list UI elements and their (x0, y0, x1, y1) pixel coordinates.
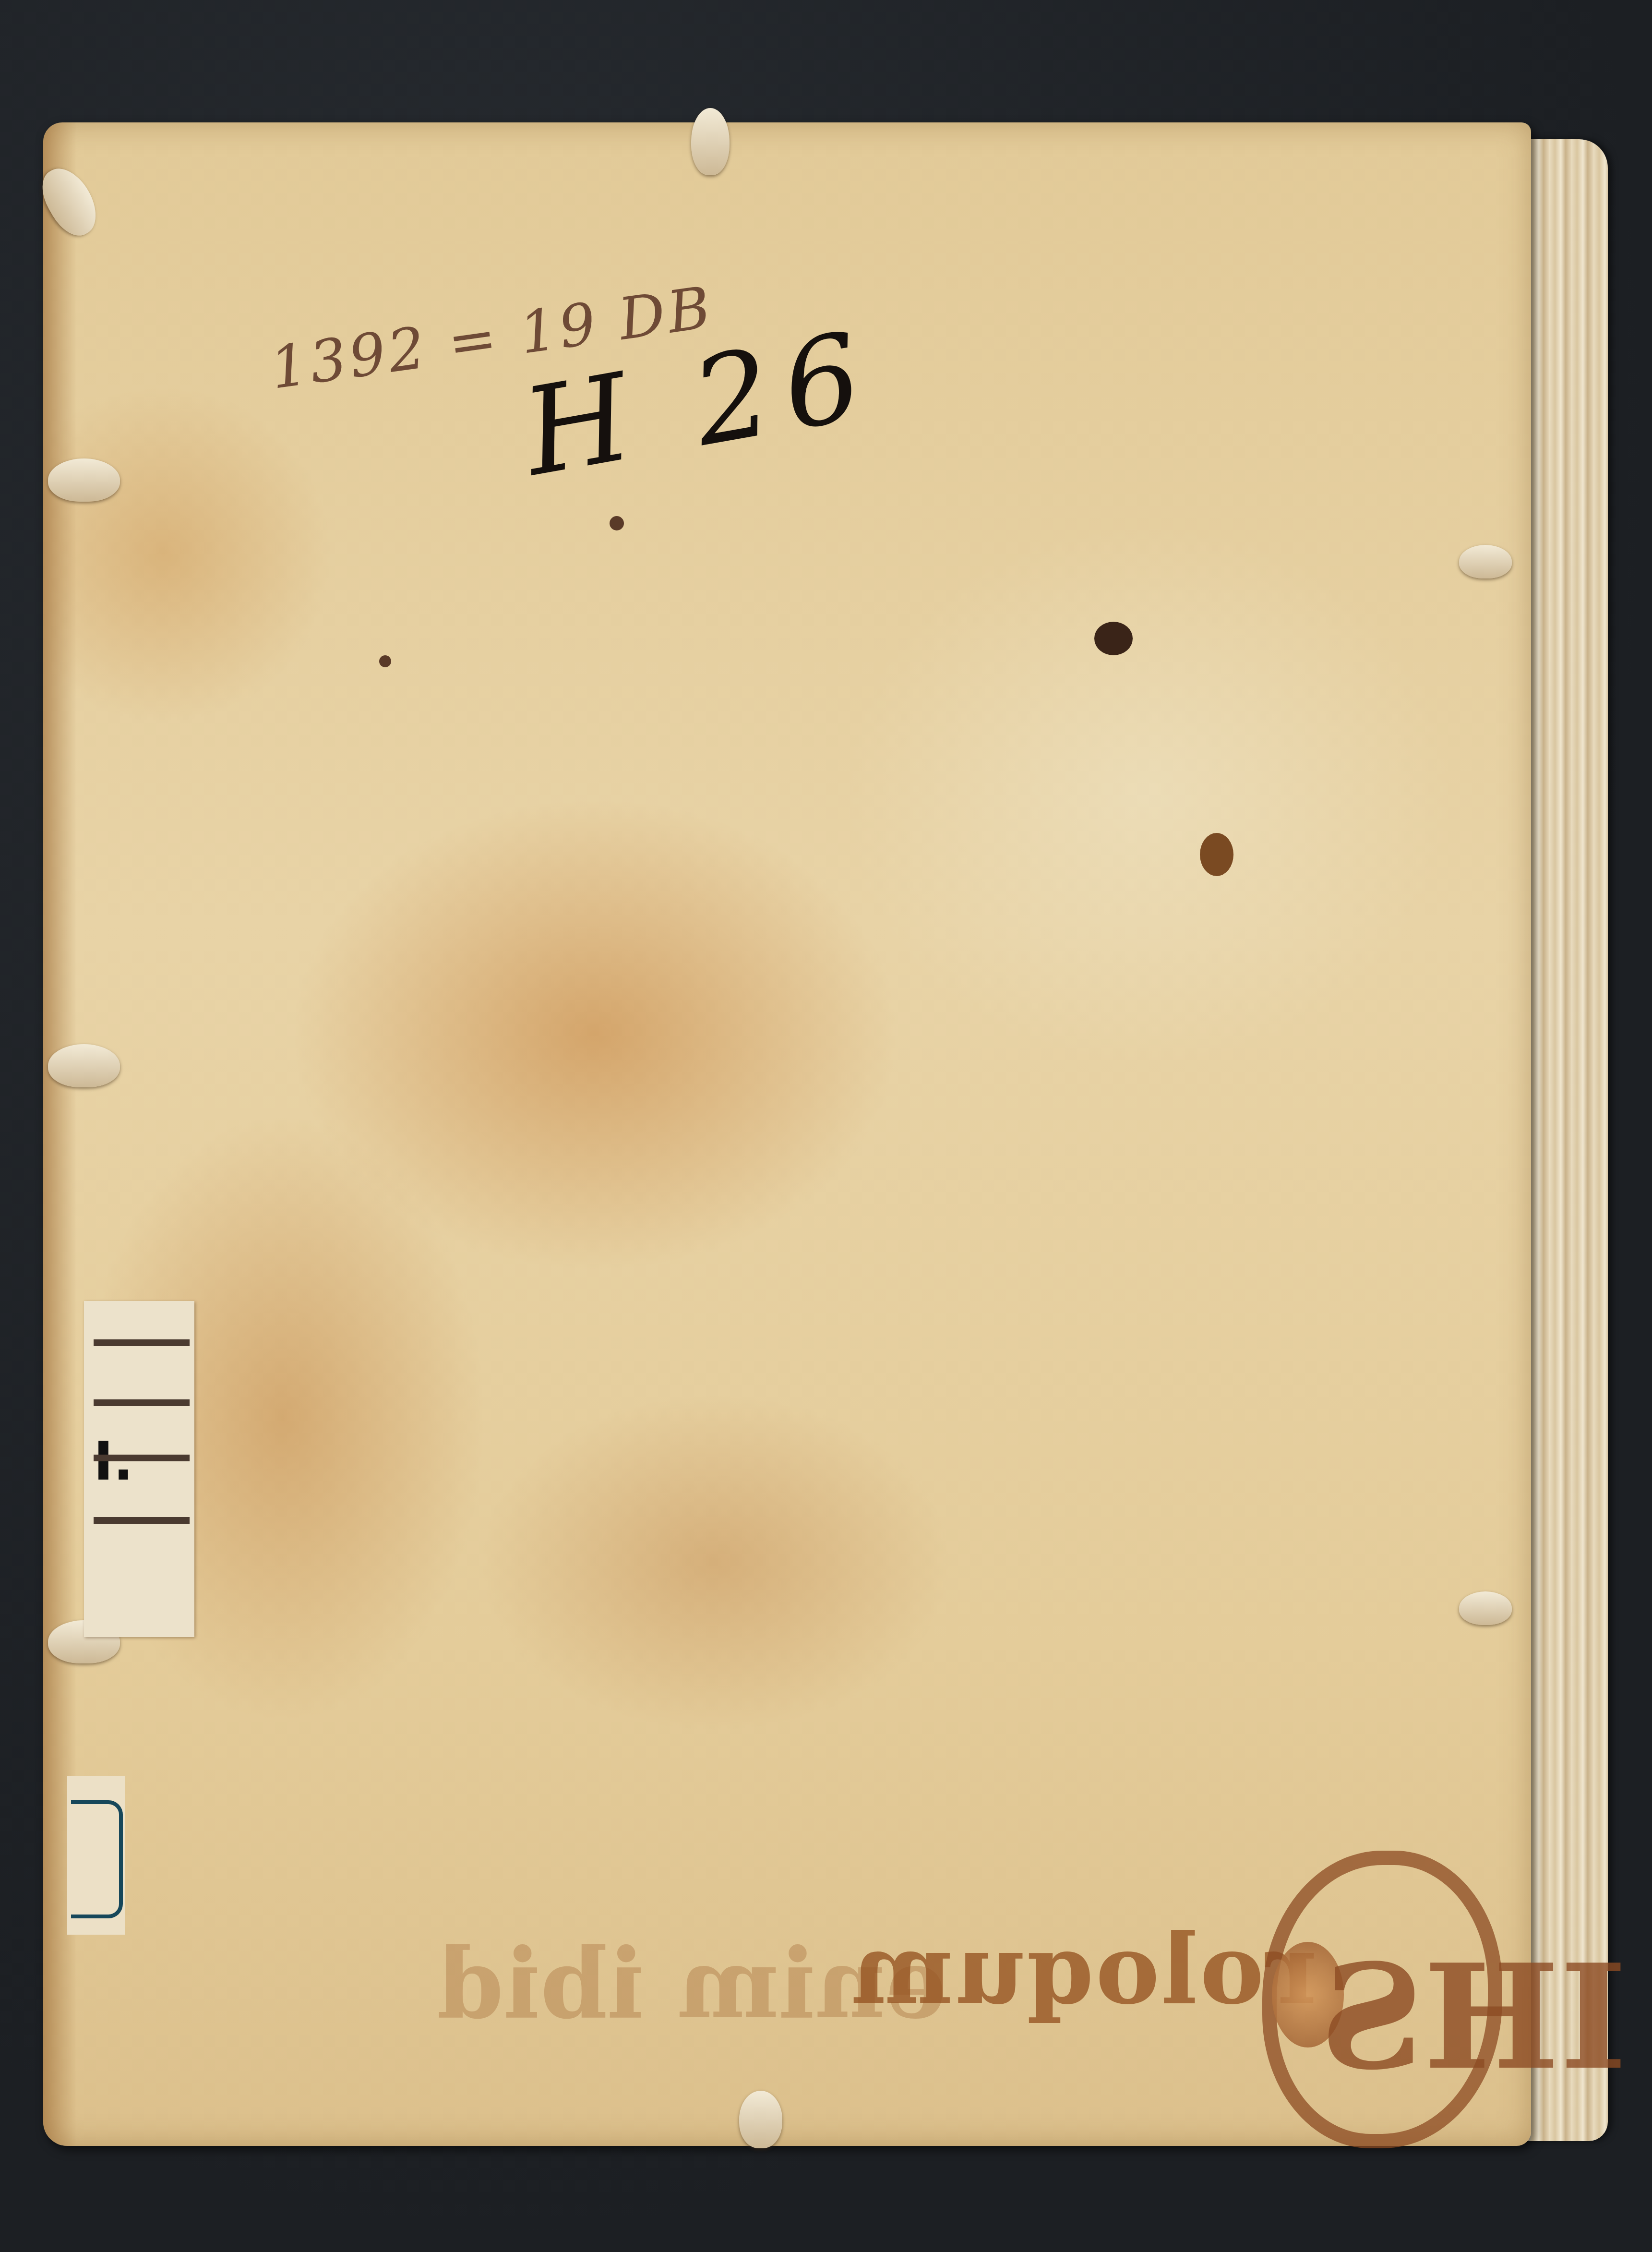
binding-tie-head (691, 108, 730, 175)
binding-tie-fore-lower (1459, 1591, 1512, 1625)
spine-paper-label: I. (84, 1301, 194, 1637)
label-rule (94, 1339, 190, 1346)
ink-dot (379, 655, 391, 667)
label-rule (94, 1455, 190, 1461)
stain-spot (1200, 833, 1233, 876)
emblem-glyph: IHS (1320, 1932, 1627, 2102)
binding-tie-upper (48, 458, 120, 502)
ihs-emblem-offset: IHS (1262, 1851, 1502, 2148)
blue-label-frame (71, 1800, 123, 1918)
blue-framed-library-label (67, 1776, 125, 1935)
binding-tie-fore-upper (1459, 545, 1512, 578)
ink-dot (610, 516, 624, 530)
label-rule (94, 1517, 190, 1524)
spine-label-text: I. (94, 1431, 133, 1492)
binding-tie-middle (48, 1044, 120, 1087)
vellum-cover: 1392 = 19 DB H 26 enim ibid roloqum IHS (43, 122, 1531, 2146)
ink-blot (1094, 622, 1133, 655)
label-rule (94, 1399, 190, 1406)
binding-tie-tail (739, 2091, 782, 2148)
offset-print-mirrored-text: roloqum (850, 1913, 1317, 2026)
